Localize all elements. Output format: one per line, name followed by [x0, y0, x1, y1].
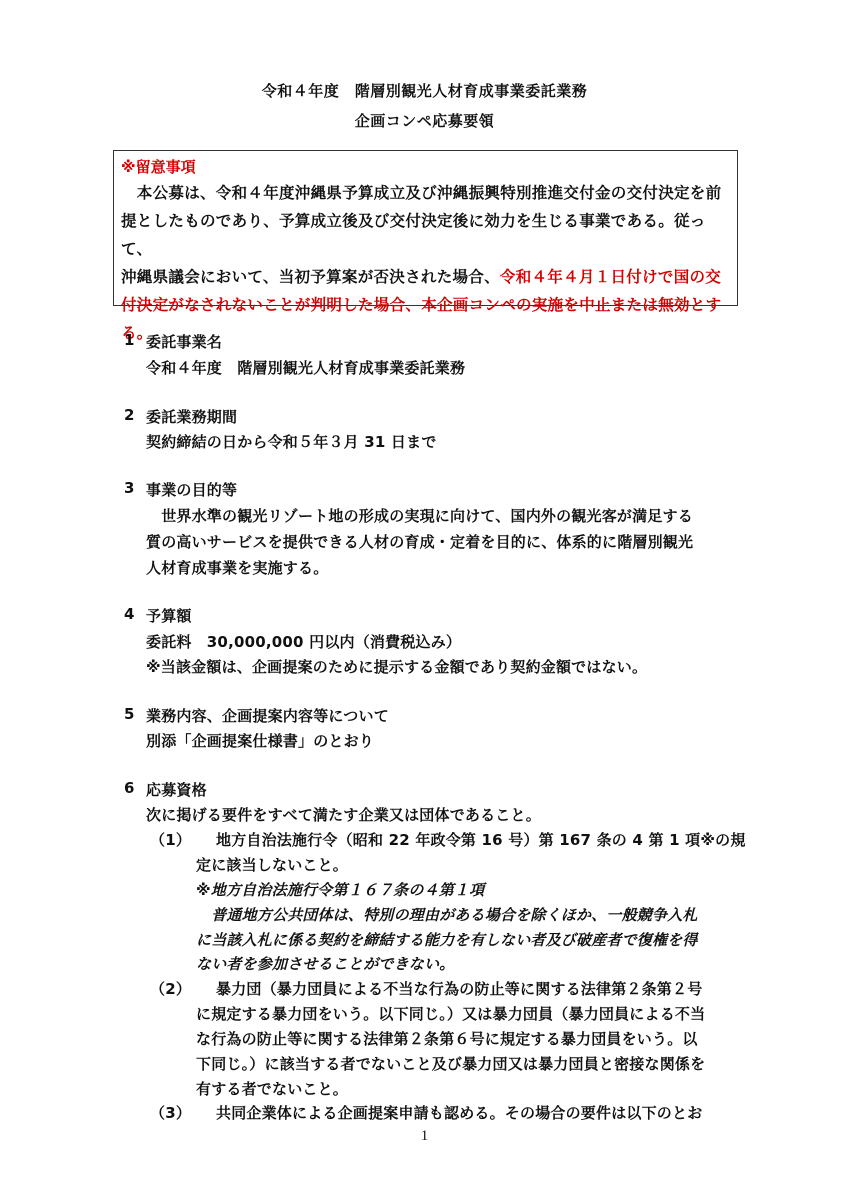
document-subtitle: 企画コンペ応募要領: [0, 110, 849, 131]
notice-text: 沖縄県議会において、当初予算案が否決された場合、: [121, 268, 500, 286]
section-number: 1: [124, 331, 134, 349]
qualification-marker: （2）: [150, 978, 191, 999]
qualification-note-text: に当該入札に係る契約を締結する能力を有しない者及び破産者で復権を得: [196, 929, 698, 950]
qualification-text: な行為の防止等に関する法律第２条第６号に規定する暴力団員をいう。以: [196, 1028, 698, 1049]
qualification-text: 下同じ。）に該当する者でないこと及び暴力団又は暴力団員と密接な関係を: [196, 1053, 705, 1074]
section-text: 委託料 30,000,000 円以内（消費税込み）: [146, 631, 461, 652]
section-text: ※当該金額は、企画提案のために提示する金額であり契約金額ではない。: [146, 656, 647, 677]
section-text: 人材育成事業を実施する。: [146, 557, 328, 578]
section-heading: 応募資格: [146, 779, 207, 800]
page-number: 1: [0, 1128, 849, 1145]
qualification-note-text: 普通地方公共団体は、特別の理由がある場合を除くほか、一般競争入札: [196, 904, 698, 925]
section-number: 6: [124, 779, 134, 797]
section-heading: 予算額: [146, 605, 192, 626]
qualification-marker: （1）: [150, 829, 191, 850]
section-heading: 委託事業名: [146, 331, 222, 352]
qualification-text: 暴力団（暴力団員による不当な行為の防止等に関する法律第２条第２号: [196, 978, 702, 999]
qualification-text: に規定する暴力団をいう。以下同じ。）又は暴力団員（暴力団員による不当: [196, 1003, 705, 1024]
qualification-text: 地方自治法施行令（昭和 22 年政令第 16 号）第 167 条の 4 第 1 …: [196, 829, 746, 850]
section-text: 世界水準の観光リゾート地の形成の実現に向けて、国内外の観光客が満足する: [146, 505, 693, 526]
section-number: 5: [124, 705, 134, 723]
qualification-text: 有する者でないこと。: [196, 1078, 348, 1099]
section-text: 契約締結の日から令和５年３月 31 日まで: [146, 431, 437, 452]
section-text: 令和４年度 階層別観光人材育成事業委託業務: [146, 357, 465, 378]
section-heading: 委託業務期間: [146, 406, 237, 427]
notice-label: ※留意事項: [121, 155, 730, 179]
notice-warning-text: 令和４年４月１日付けで国の交: [500, 268, 721, 286]
document-title: 令和４年度 階層別観光人材育成事業委託業務: [0, 80, 849, 101]
section-text: 次に掲げる要件をすべて満たす企業又は団体であること。: [146, 804, 541, 825]
qualification-note-title: ※地方自治法施行令第１６７条の４第１項: [196, 879, 484, 900]
section-number: 3: [124, 479, 134, 497]
notice-body: 本公募は、令和４年度沖縄県予算成立及び沖縄振興特別推進交付金の交付決定を前 提と…: [121, 179, 730, 347]
section-heading: 業務内容、企画提案内容等について: [146, 705, 389, 726]
notice-line: 本公募は、令和４年度沖縄県予算成立及び沖縄振興特別推進交付金の交付決定を前: [121, 179, 730, 207]
qualification-text: 共同企業体による企画提案申請も認める。その場合の要件は以下のとお: [196, 1102, 702, 1123]
section-number: 2: [124, 406, 134, 424]
section-heading: 事業の目的等: [146, 479, 237, 500]
section-text: 質の高いサービスを提供できる人材の育成・定着を目的に、体系的に階層別観光: [146, 531, 693, 552]
section-text: 別添「企画提案仕様書」のとおり: [146, 730, 374, 751]
notice-line: 提としたものであり、予算成立後及び交付決定後に効力を生じる事業である。従って、: [121, 207, 730, 263]
qualification-text: 定に該当しないこと。: [196, 854, 348, 875]
notice-line: 沖縄県議会において、当初予算案が否決された場合、令和４年４月１日付けで国の交: [121, 263, 730, 291]
notice-box: ※留意事項 本公募は、令和４年度沖縄県予算成立及び沖縄振興特別推進交付金の交付決…: [113, 150, 738, 306]
document-page: 令和４年度 階層別観光人材育成事業委託業務 企画コンペ応募要領 ※留意事項 本公…: [0, 0, 849, 1200]
notice-warning-line: 付決定がなされないことが判明した場合、本企画コンペの実施を中止または無効とす: [121, 291, 730, 319]
qualification-note-text: ない者を参加させることができない。: [196, 953, 454, 974]
section-number: 4: [124, 605, 134, 623]
qualification-marker: （3）: [150, 1102, 191, 1123]
